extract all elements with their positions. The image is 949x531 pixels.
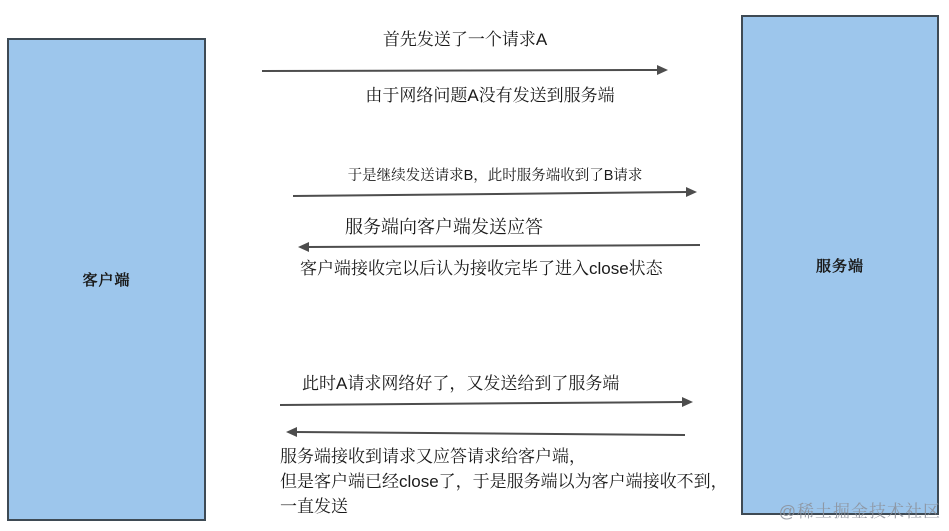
message-server-response: 服务端向客户端发送应答 <box>345 217 543 238</box>
bottom-note-line-3: 一直发送 <box>280 494 728 519</box>
watermark: @稀土掘金技术社区 <box>779 497 941 522</box>
request-a-retry-arrow <box>280 395 697 411</box>
client-label: 客户端 <box>82 269 130 290</box>
request-b-arrow <box>293 185 701 201</box>
message-server-keeps-sending: 服务端接收到请求又应答请求给客户端， 但是客户端已经close了，于是服务端以为… <box>280 444 728 519</box>
message-client-close: 客户端接收完以后认为接收完毕了进入close状态 <box>300 258 663 279</box>
server-label: 服务端 <box>816 255 864 276</box>
response-a-arrow <box>284 424 689 440</box>
message-send-request-b: 于是继续发送请求B，此时服务端收到了B请求 <box>293 166 697 187</box>
server-box: 服务端 <box>741 15 939 515</box>
message-first-request-a: 首先发送了一个请求A <box>262 29 668 50</box>
message-request-a-arrives: 此时A请求网络好了，又发送给到了服务端 <box>302 373 619 394</box>
bottom-note-line-2: 但是客户端已经close了，于是服务端以为客户端接收不到， <box>280 469 728 494</box>
request-a-arrow <box>262 62 672 78</box>
bottom-note-line-1: 服务端接收到请求又应答请求给客户端， <box>280 444 728 469</box>
message-network-problem: 由于网络问题A没有发送到服务端 <box>280 85 700 106</box>
client-server-sequence-diagram: 客户端 服务端 首先发送了一个请求A 由于网络问题A没有发送到服务端 于是继续发… <box>0 0 949 531</box>
response-b-arrow <box>296 239 704 255</box>
client-box: 客户端 <box>7 38 206 521</box>
